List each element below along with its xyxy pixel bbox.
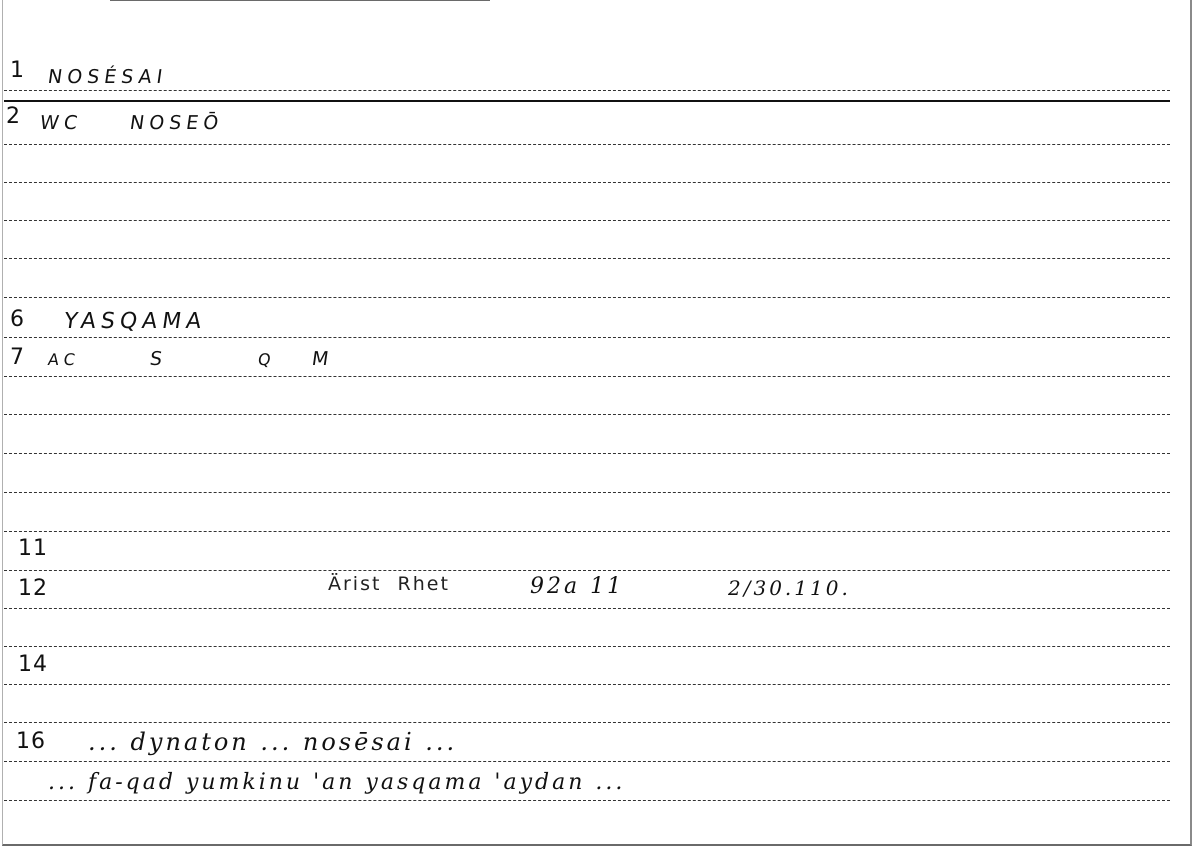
field-code: AC xyxy=(47,350,82,369)
ruled-line xyxy=(4,722,1170,723)
line-number: 1 xyxy=(10,58,25,83)
ruled-line xyxy=(4,414,1170,415)
line-number: 2 xyxy=(6,104,21,129)
ruled-line xyxy=(4,144,1170,145)
line-number: 11 xyxy=(18,536,48,561)
line-number: 7 xyxy=(10,345,25,370)
field-m: M xyxy=(310,348,334,370)
ruled-line xyxy=(4,608,1170,609)
arabic-quotation: ... fa-qad yumkinu 'an yasqama 'aydan ..… xyxy=(48,770,625,795)
ruled-line xyxy=(4,531,1170,532)
ruled-line xyxy=(4,800,1170,801)
ruled-line xyxy=(4,182,1170,183)
field-code: WC xyxy=(38,112,83,134)
ruled-line xyxy=(4,258,1170,259)
ruled-line xyxy=(4,297,1170,298)
field-s: S xyxy=(148,348,168,370)
headword-transliteration: YASQAMA xyxy=(62,309,208,334)
form-greek: NOSEŌ xyxy=(128,112,224,134)
ruled-line xyxy=(4,220,1170,221)
header-divider xyxy=(4,100,1170,102)
page-reference: 2/30.110. xyxy=(728,576,851,600)
line-number: 14 xyxy=(18,652,48,677)
ruled-line xyxy=(4,376,1170,377)
card-top-edge xyxy=(110,0,490,1)
field-q: Q xyxy=(257,350,277,369)
line-number: 6 xyxy=(10,307,25,332)
source-reference: Ärist Rhet xyxy=(328,573,450,595)
ruled-line xyxy=(4,492,1170,493)
greek-quotation: ... dynaton ... nosēsai ... xyxy=(88,728,457,756)
ruled-line xyxy=(4,684,1170,685)
ruled-line xyxy=(4,570,1170,571)
ruled-line xyxy=(4,761,1170,762)
line-number: 16 xyxy=(16,729,46,754)
ruled-line xyxy=(4,453,1170,454)
headword-arabic: NOSÉSAI xyxy=(46,66,168,88)
line-number: 12 xyxy=(18,576,48,601)
bekker-reference: 92a 11 xyxy=(530,574,624,599)
ruled-line xyxy=(4,646,1170,647)
ruled-line xyxy=(4,337,1170,338)
ruled-line xyxy=(4,90,1170,91)
